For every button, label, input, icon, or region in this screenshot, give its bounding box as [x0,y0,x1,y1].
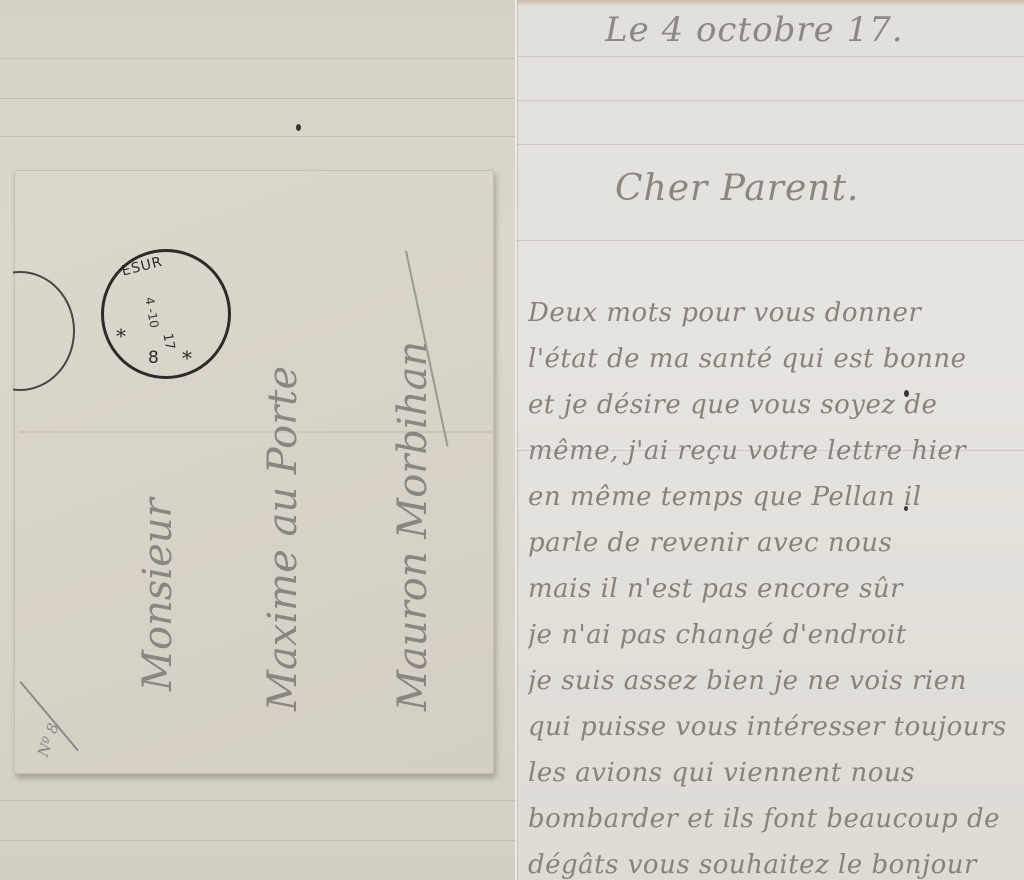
letter-line: je n'ai pas changé d'endroit [528,612,1022,658]
postmark-number: 8 [148,348,159,368]
ruled-line [0,800,515,801]
letter-line: même, j'ai reçu votre lettre hier [528,428,1022,474]
letter-line: qui puisse vous intéresser toujours [528,704,1022,750]
ruled-line [0,98,515,99]
star-icon: * [182,348,192,368]
letter-body: Deux mots pour vous donner l'état de ma … [528,290,1022,880]
ruled-line [0,840,515,841]
envelope-number: Nº 8 [34,721,63,760]
letter-line: Deux mots pour vous donner [528,290,1022,336]
ruled-line [517,100,1024,101]
star-icon: * [116,326,126,346]
ink-spot [296,124,301,131]
letter-date: Le 4 octobre 17. [605,10,904,50]
letter-line: en même temps que Pellan il [528,474,1022,520]
postmark-year: 17 [159,332,177,351]
letter-salutation: Cher Parent. [615,168,859,209]
letter-line: bombarder et ils font beaucoup de [528,796,1022,842]
ruled-line [0,136,515,137]
letter-line: et je désire que vous soyez de [528,382,1022,428]
letter-line: je suis assez bien je ne vois rien [528,658,1022,704]
ruled-line [0,58,515,59]
postmark: ESUR 4 -10 17 8 * * [101,249,231,379]
letter-line: les avions qui viennent nous [528,750,1022,796]
envelope: ESUR 4 -10 17 8 * * Monsieur Maxime au P… [14,170,494,774]
ruled-line [517,240,1024,241]
page-edge-shadow [517,0,1024,6]
letter-line: l'état de ma santé qui est bonne [528,336,1022,382]
postmark-town: ESUR [120,254,164,280]
letter-line: dégâts vous souhaitez le bonjour [528,842,1022,880]
ruled-line [517,56,1024,57]
address-line-recipient: Maxime au Porte [260,366,306,711]
address-line-location: Mauron Morbihan [390,341,436,711]
letter-line: mais il n'est pas encore sûr [528,566,1022,612]
ruled-line [517,144,1024,145]
letter-line: parle de revenir avec nous [528,520,1022,566]
address-line-name: Monsieur [135,498,181,691]
postmark-date: 4 -10 [142,296,161,329]
